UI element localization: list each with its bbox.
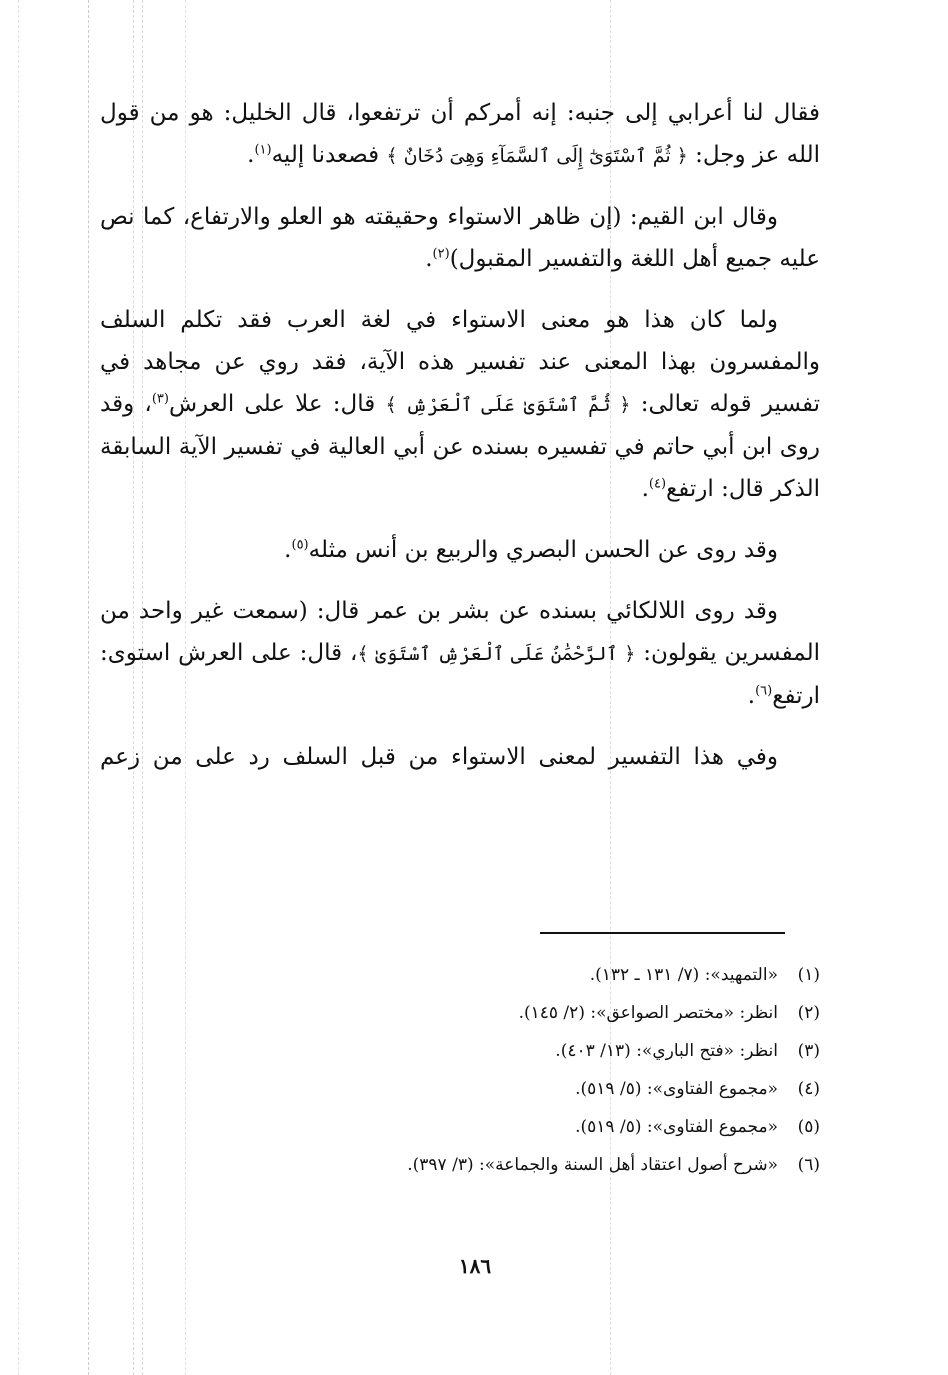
footnote-number: (١) [778, 956, 820, 994]
footnote-ref-6[interactable]: (٦) [755, 683, 772, 698]
footnote-number: (٣) [778, 1032, 820, 1070]
paragraph-text: وقال ابن القيم: (إن ظاهر الاستواء وحقيقت… [100, 204, 820, 272]
paragraph-text: وفي هذا التفسير لمعنى الاستواء من قبل ال… [100, 744, 778, 770]
footnote-item-6: (٦)«شرح أصول اعتقاد أهل السنة والجماعة»:… [200, 1146, 820, 1184]
paragraph-end: . [642, 476, 649, 502]
footnote-item-3: (٣)انظر: «فتح الباري»: (١٣/ ٤٠٣). [200, 1032, 820, 1070]
paragraph-hasan-basri: وقد روى عن الحسن البصري والربيع بن أنس م… [100, 529, 820, 571]
footnote-item-4: (٤)«مجموع الفتاوى»: (٥/ ٥١٩). [200, 1070, 820, 1108]
footnote-number: (٥) [778, 1108, 820, 1146]
page-number: ١٨٦ [430, 1254, 520, 1278]
paragraph-khalil-quote: فقال لنا أعرابي إلى جنبه: إنه أمركم أن ت… [100, 92, 820, 177]
footnote-item-2: (٢)انظر: «مختصر الصواعق»: (٢/ ١٤٥). [200, 994, 820, 1032]
scan-guide-line [88, 0, 89, 1375]
footnote-text: «التمهيد»: (٧/ ١٣١ ـ ١٣٢). [590, 965, 778, 985]
footnote-number: (٦) [778, 1146, 820, 1184]
paragraph-ibn-qayyim: وقال ابن القيم: (إن ظاهر الاستواء وحقيقت… [100, 196, 820, 280]
footnote-text: «مجموع الفتاوى»: (٥/ ٥١٩). [575, 1079, 778, 1099]
scan-guide-line [18, 0, 19, 1375]
footnote-ref-5[interactable]: (٥) [291, 537, 308, 552]
paragraph-salaf-tafsir: ولما كان هذا هو معنى الاستواء في لغة الع… [100, 299, 820, 510]
paragraph-text: وقد روى عن الحسن البصري والربيع بن أنس م… [309, 537, 778, 563]
paragraph-text: قال: علا على العرش [169, 391, 386, 417]
paragraph-text: فصعدنا إليه [272, 142, 387, 168]
book-page-body: فقال لنا أعرابي إلى جنبه: إنه أمركم أن ت… [100, 92, 820, 797]
footnote-divider [540, 932, 785, 934]
footnote-ref-3[interactable]: (٣) [152, 391, 169, 406]
footnote-text: «شرح أصول اعتقاد أهل السنة والجماعة»: (٣… [407, 1155, 778, 1175]
footnote-ref-1[interactable]: (١) [254, 142, 271, 157]
footnote-text: انظر: «فتح الباري»: (١٣/ ٤٠٣). [555, 1041, 778, 1061]
footnote-ref-4[interactable]: (٤) [649, 476, 666, 491]
footnote-item-1: (١)«التمهيد»: (٧/ ١٣١ ـ ١٣٢). [200, 956, 820, 994]
footnote-number: (٢) [778, 994, 820, 1032]
footnote-text: انظر: «مختصر الصواعق»: (٢/ ١٤٥). [519, 1003, 778, 1023]
paragraph-refutation: وفي هذا التفسير لمعنى الاستواء من قبل ال… [100, 736, 820, 778]
paragraph-end: . [748, 683, 755, 709]
footnote-number: (٤) [778, 1070, 820, 1108]
footnotes-list: (١)«التمهيد»: (٧/ ١٣١ ـ ١٣٢). (٢)انظر: «… [200, 956, 820, 1184]
footnote-ref-2[interactable]: (٢) [433, 246, 450, 261]
paragraph-lalakai: وقد روى اللالكائي بسنده عن بشر بن عمر قا… [100, 590, 820, 717]
footnote-item-5: (٥)«مجموع الفتاوى»: (٥/ ٥١٩). [200, 1108, 820, 1146]
footnote-text: «مجموع الفتاوى»: (٥/ ٥١٩). [575, 1117, 778, 1137]
quran-verse: ﴿ ثُمَّ ٱسْتَوَىٰ عَلَى ٱلْعَرْشِ ﴾ [385, 394, 630, 416]
quran-verse: ﴿ ٱلرَّحْمَٰنُ عَلَى ٱلْعَرْشِ ٱسْتَوَىٰ… [357, 643, 635, 665]
paragraph-end: . [425, 246, 432, 272]
quran-verse: ﴿ ثُمَّ ٱسْتَوَىٰٓ إِلَى ٱلسَّمَآءِ وَهِ… [386, 145, 687, 167]
